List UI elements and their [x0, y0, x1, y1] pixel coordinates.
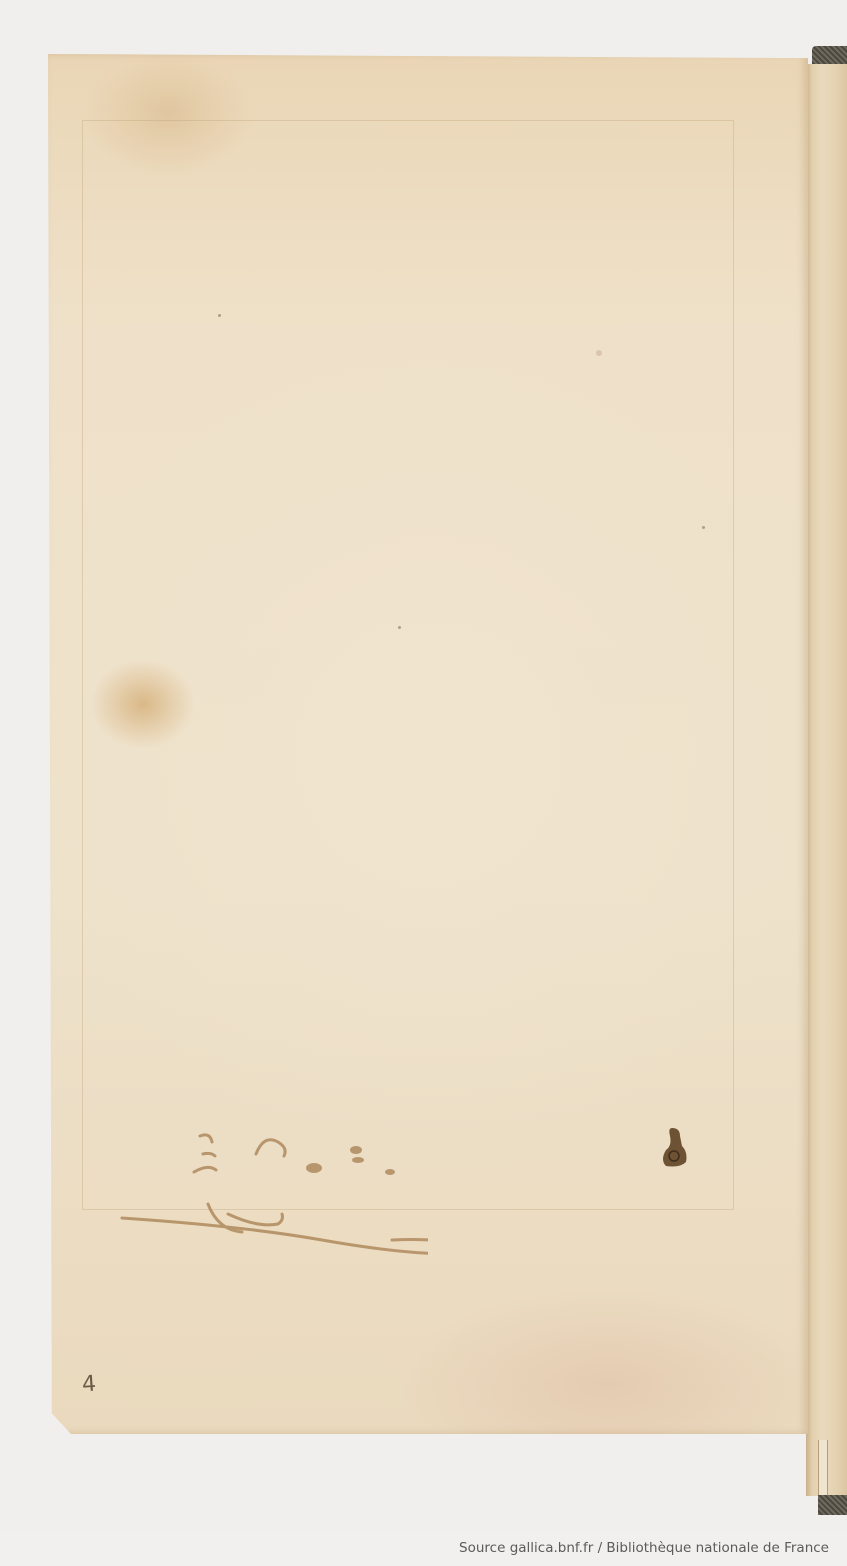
handwritten-signature-mark: [108, 1114, 428, 1274]
speck: [596, 350, 602, 356]
wax-seal-fragment: [660, 1126, 690, 1170]
binding-cloth-bottom: [818, 1495, 847, 1515]
document-viewer: 4 Source gallica.bnf.fr / Bibliothèque n…: [0, 0, 847, 1530]
source-credit: Source gallica.bnf.fr / Bibliothèque nat…: [459, 1540, 829, 1556]
scanned-page: 4: [48, 54, 808, 1434]
speck: [702, 526, 705, 529]
adjacent-page-fold: [818, 1440, 828, 1500]
folio-number: 4: [81, 1372, 97, 1398]
adjacent-page-edge: [806, 64, 847, 1496]
plate-mark-border: [82, 120, 734, 1210]
speck: [218, 314, 221, 317]
speck: [398, 626, 401, 629]
